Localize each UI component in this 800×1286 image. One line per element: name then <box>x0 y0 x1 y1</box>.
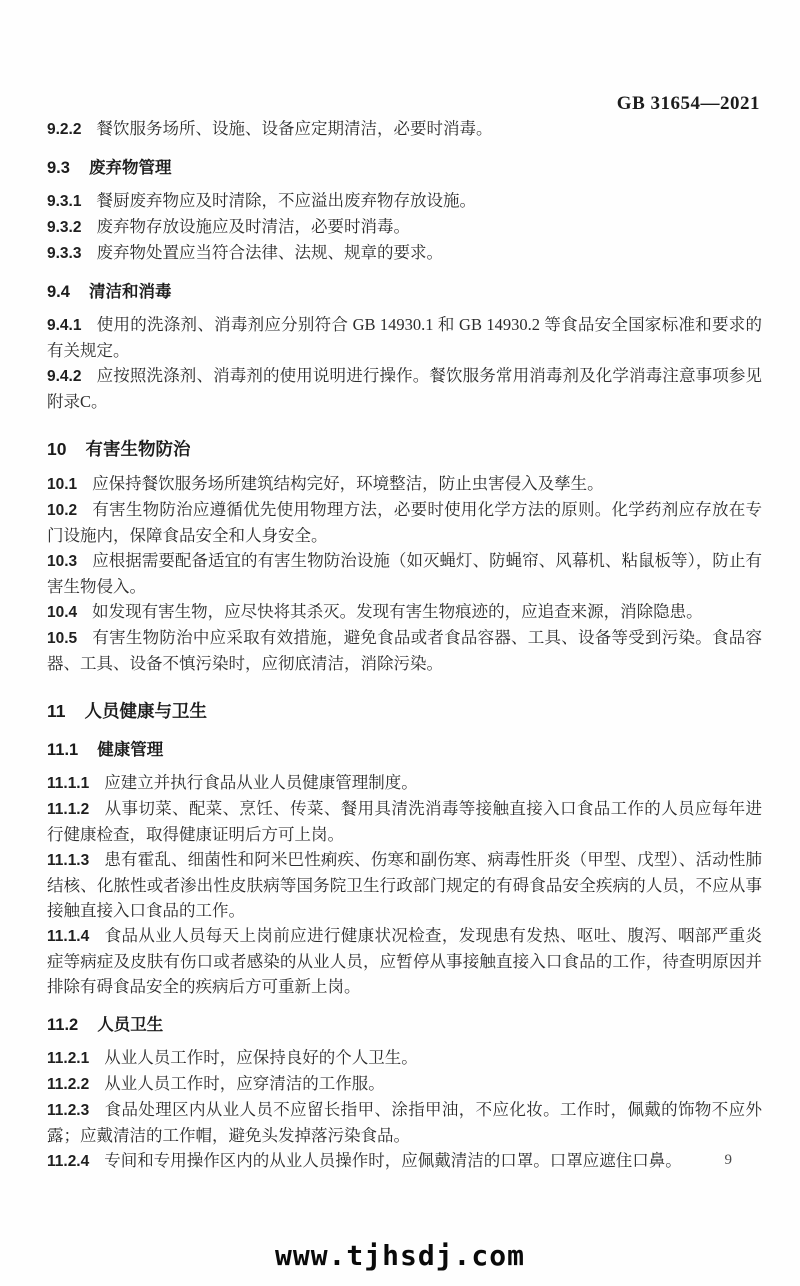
clause-text: 专间和专用操作区内的从业人员操作时，应佩戴清洁的口罩。口罩应遮住口鼻。 <box>104 1151 682 1170</box>
clause-text: 从业人员工作时，应穿清洁的工作服。 <box>104 1074 385 1093</box>
clause-11.1.4: 11.1.4食品从业人员每天上岗前应进行健康状况检查，发现患有发热、呕吐、腹泻、… <box>47 923 762 999</box>
clause-text: 患有霍乱、细菌性和阿米巴性痢疾、伤寒和副伤寒、病毒性肝炎（甲型、戊型）、活动性肺… <box>47 850 762 920</box>
heading-title: 废弃物管理 <box>89 158 172 177</box>
clause-9.2.2: 9.2.2餐饮服务场所、设施、设备应定期清洁，必要时消毒。 <box>47 116 762 142</box>
clause-text: 有害生物防治中应采取有效措施，避免食品或者食品容器、工具、设备等受到污染。食品容… <box>47 628 762 673</box>
clause-text: 应建立并执行食品从业人员健康管理制度。 <box>104 773 418 792</box>
clause-10.3: 10.3应根据需要配备适宜的有害生物防治设施（如灭蝇灯、防蝇帘、风幕机、粘鼠板等… <box>47 548 762 599</box>
clause-number: 10.2 <box>47 502 77 519</box>
clause-text: 餐厨废弃物应及时清除，不应溢出废弃物存放设施。 <box>96 191 476 210</box>
clause-text: 从业人员工作时，应保持良好的个人卫生。 <box>104 1048 418 1067</box>
clause-number: 10.1 <box>47 476 77 493</box>
clause-11.2.3: 11.2.3食品处理区内从业人员不应留长指甲、涂指甲油，不应化妆。工作时，佩戴的… <box>47 1097 762 1148</box>
clause-text: 如发现有害生物，应尽快将其杀灭。发现有害生物痕迹的，应追查来源，消除隐患。 <box>92 602 703 621</box>
heading-title: 清洁和消毒 <box>89 282 172 301</box>
clause-text: 食品处理区内从业人员不应留长指甲、涂指甲油，不应化妆。工作时，佩戴的饰物不应外露… <box>47 1100 762 1145</box>
clause-text: 应按照洗涤剂、消毒剂的使用说明进行操作。餐饮服务常用消毒剂及化学消毒注意事项参见… <box>47 366 762 411</box>
heading-title: 有害生物防治 <box>85 439 190 459</box>
clause-number: 11.1.3 <box>47 852 89 869</box>
clause-text: 食品从业人员每天上岗前应进行健康状况检查，发现患有发热、呕吐、腹泻、咽部严重炎症… <box>47 926 762 996</box>
clause-number: 10.5 <box>47 630 77 647</box>
section-heading-11: 11人员健康与卫生 <box>47 699 762 724</box>
heading-number: 11.2 <box>47 1016 78 1034</box>
section-heading-9.4: 9.4清洁和消毒 <box>47 279 762 305</box>
heading-number: 10 <box>47 439 66 459</box>
clause-number: 9.2.2 <box>47 121 81 138</box>
heading-title: 人员卫生 <box>97 1015 163 1034</box>
heading-title: 人员健康与卫生 <box>85 701 208 721</box>
clause-number: 11.2.4 <box>47 1153 89 1170</box>
clause-number: 9.3.2 <box>47 219 81 236</box>
section-heading-9.3: 9.3废弃物管理 <box>47 155 762 181</box>
clause-number: 9.4.2 <box>47 368 81 385</box>
section-heading-11.1: 11.1健康管理 <box>47 737 762 763</box>
clause-10.1: 10.1应保持餐饮服务场所建筑结构完好，环境整洁，防止虫害侵入及孳生。 <box>47 471 762 497</box>
clause-11.2.4: 11.2.4专间和专用操作区内的从业人员操作时，应佩戴清洁的口罩。口罩应遮住口鼻… <box>47 1148 762 1174</box>
watermark-url: www.tjhsdj.com <box>0 1239 800 1272</box>
clause-10.2: 10.2有害生物防治应遵循优先使用物理方法，必要时使用化学方法的原则。化学药剂应… <box>47 497 762 548</box>
clause-9.3.3: 9.3.3废弃物处置应当符合法律、法规、规章的要求。 <box>47 240 762 266</box>
standard-code-header: GB 31654—2021 <box>617 93 760 115</box>
heading-number: 9.3 <box>47 159 70 177</box>
section-heading-11.2: 11.2人员卫生 <box>47 1012 762 1038</box>
clause-number: 11.2.2 <box>47 1076 89 1093</box>
heading-number: 11.1 <box>47 741 78 759</box>
clause-number: 9.3.3 <box>47 245 81 262</box>
heading-number: 9.4 <box>47 283 70 301</box>
clause-11.1.2: 11.1.2从事切菜、配菜、烹饪、传菜、餐用具清洗消毒等接触直接入口食品工作的人… <box>47 796 762 847</box>
clause-9.4.2: 9.4.2应按照洗涤剂、消毒剂的使用说明进行操作。餐饮服务常用消毒剂及化学消毒注… <box>47 363 762 414</box>
clause-number: 11.1.1 <box>47 775 89 792</box>
clause-10.4: 10.4如发现有害生物，应尽快将其杀灭。发现有害生物痕迹的，应追查来源，消除隐患… <box>47 599 762 625</box>
clause-9.4.1: 9.4.1使用的洗涤剂、消毒剂应分别符合 GB 14930.1 和 GB 149… <box>47 312 762 363</box>
clause-text: 从事切菜、配菜、烹饪、传菜、餐用具清洗消毒等接触直接入口食品工作的人员应每年进行… <box>47 799 762 844</box>
clause-11.2.2: 11.2.2从业人员工作时，应穿清洁的工作服。 <box>47 1071 762 1097</box>
page-number: 9 <box>725 1152 733 1169</box>
clause-number: 11.1.2 <box>47 801 89 818</box>
clause-text: 餐饮服务场所、设施、设备应定期清洁，必要时消毒。 <box>96 119 492 138</box>
clause-number: 11.1.4 <box>47 928 89 945</box>
clause-number: 11.2.1 <box>47 1050 89 1067</box>
clause-11.1.3: 11.1.3患有霍乱、细菌性和阿米巴性痢疾、伤寒和副伤寒、病毒性肝炎（甲型、戊型… <box>47 847 762 923</box>
document-body: 9.2.2餐饮服务场所、设施、设备应定期清洁，必要时消毒。9.3废弃物管理9.3… <box>47 116 762 1174</box>
clause-number: 10.4 <box>47 604 77 621</box>
clause-9.3.2: 9.3.2废弃物存放设施应及时清洁，必要时消毒。 <box>47 214 762 240</box>
clause-10.5: 10.5有害生物防治中应采取有效措施，避免食品或者食品容器、工具、设备等受到污染… <box>47 625 762 676</box>
clause-text: 废弃物处置应当符合法律、法规、规章的要求。 <box>96 243 443 262</box>
clause-text: 应保持餐饮服务场所建筑结构完好，环境整洁，防止虫害侵入及孳生。 <box>92 474 604 493</box>
heading-number: 11 <box>47 701 66 721</box>
clause-number: 9.4.1 <box>47 317 81 334</box>
clause-11.1.1: 11.1.1应建立并执行食品从业人员健康管理制度。 <box>47 770 762 796</box>
document-page: GB 31654—2021 9.2.2餐饮服务场所、设施、设备应定期清洁，必要时… <box>0 0 800 1286</box>
heading-title: 健康管理 <box>97 740 163 759</box>
clause-text: 有害生物防治应遵循优先使用物理方法，必要时使用化学方法的原则。化学药剂应存放在专… <box>47 500 762 545</box>
clause-11.2.1: 11.2.1从业人员工作时，应保持良好的个人卫生。 <box>47 1045 762 1071</box>
clause-text: 使用的洗涤剂、消毒剂应分别符合 GB 14930.1 和 GB 14930.2 … <box>47 315 762 360</box>
clause-text: 应根据需要配备适宜的有害生物防治设施（如灭蝇灯、防蝇帘、风幕机、粘鼠板等），防止… <box>47 551 762 596</box>
clause-number: 11.2.3 <box>47 1102 89 1119</box>
clause-number: 10.3 <box>47 553 77 570</box>
clause-text: 废弃物存放设施应及时清洁，必要时消毒。 <box>96 217 410 236</box>
section-heading-10: 10有害生物防治 <box>47 437 762 462</box>
clause-9.3.1: 9.3.1餐厨废弃物应及时清除，不应溢出废弃物存放设施。 <box>47 188 762 214</box>
clause-number: 9.3.1 <box>47 193 81 210</box>
